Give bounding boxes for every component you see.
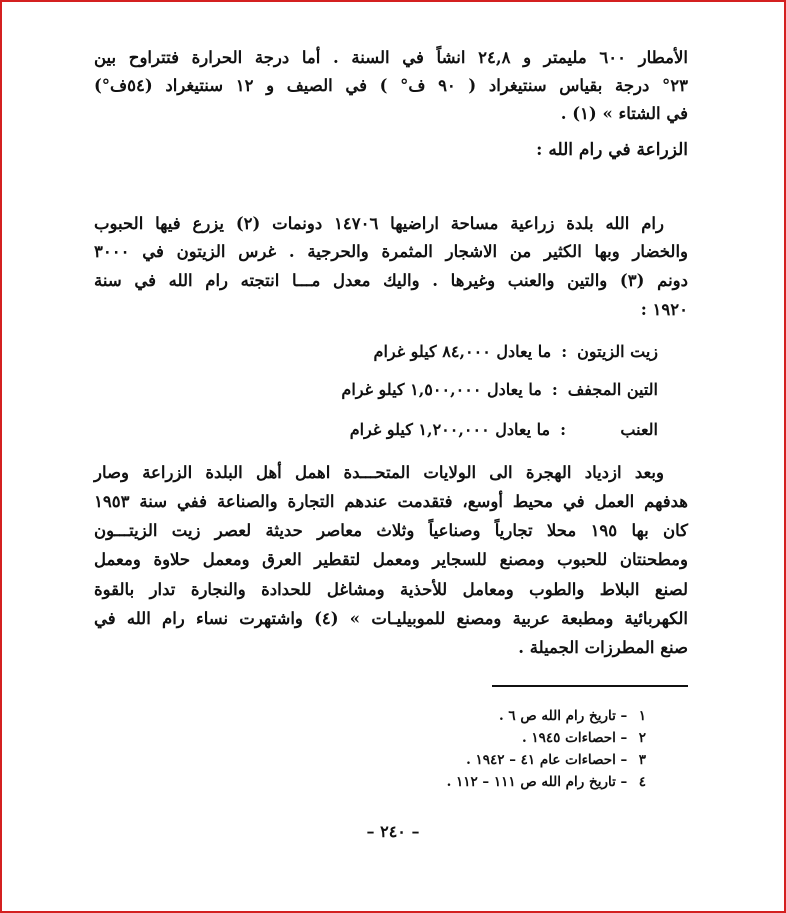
document-page: الأمطار ٦٠٠ مليمتر و ٢٤,٨ انشاً في السنة… [0, 0, 786, 913]
product-value: ما يعادل ١,٥٠٠,٠٠٠ كيلو غرام [341, 380, 541, 399]
product-separator: : [552, 380, 558, 399]
paragraph-line: وبعد ازدياد الهجرة الى الولايات المتحـــ… [94, 461, 664, 485]
paragraph-line: ٢٣° درجة بقياس سنتيغراد ( ٩٠ ف° ) في الص… [94, 74, 688, 98]
paragraph-line: في الشتاء » (١) . [94, 102, 688, 126]
paragraph-line: الأمطار ٦٠٠ مليمتر و ٢٤,٨ انشاً في السنة… [94, 46, 688, 70]
footnote: ٢ – احصاءات ١٩٤٥ . [522, 730, 646, 746]
production-row: زيت الزيتون : ما يعادل ٨٤,٠٠٠ كيلو غرام [374, 342, 658, 361]
footnote-number: ٤ [632, 774, 646, 790]
product-name: زيت الزيتون [577, 342, 658, 361]
paragraph-line: لصنع البلاط والطوب ومعامل للأحذية ومشاغل… [94, 578, 688, 602]
paragraph-line: دونم (٣) والتين والعنب وغيرها . واليك مع… [94, 269, 688, 293]
footnote-text: – تاريخ رام الله ص ١١١ – ١١٢ . [447, 774, 628, 790]
paragraph-line: والخضار وبها الكثير من الاشجار المثمرة و… [94, 240, 688, 264]
footnote-text: – احصاءات ١٩٤٥ . [522, 730, 627, 746]
footnote-divider [492, 685, 688, 687]
product-name: التين المجفف [568, 380, 658, 399]
paragraph-line: صنع المطرزات الجميلة . [94, 636, 688, 660]
paragraph-line: كان بها ١٩٥ محلا تجارياً وصناعياً وثلاث … [94, 519, 688, 543]
footnote-text: – احصاءات عام ٤١ – ١٩٤٢ . [466, 752, 627, 768]
production-row: العنب : ما يعادل ١,٢٠٠,٠٠٠ كيلو غرام [350, 420, 658, 439]
footnote: ١ – تاريخ رام الله ص ٦ . [499, 708, 646, 724]
paragraph-line: هدفهم العمل في محيط أوسع، فتقدمت عندهم ا… [94, 490, 688, 514]
paragraph-line: الكهربائية ومطبعة عربية ومصنع للموبيليـا… [94, 607, 688, 631]
footnote-number: ٣ [632, 752, 646, 768]
paragraph-line: ١٩٢٠ : [94, 298, 688, 322]
product-separator: : [561, 342, 567, 361]
product-value: ما يعادل ١,٢٠٠,٠٠٠ كيلو غرام [350, 420, 550, 439]
production-row: التين المجفف : ما يعادل ١,٥٠٠,٠٠٠ كيلو غ… [341, 380, 658, 399]
footnote: ٤ – تاريخ رام الله ص ١١١ – ١١٢ . [447, 774, 646, 790]
footnote-text: – تاريخ رام الله ص ٦ . [499, 708, 627, 724]
product-separator: : [560, 420, 566, 439]
footnote-number: ١ [632, 708, 646, 724]
page-number: – ٢٤٠ – [2, 822, 784, 841]
product-value: ما يعادل ٨٤,٠٠٠ كيلو غرام [374, 342, 552, 361]
section-heading: الزراعة في رام الله : [536, 140, 688, 160]
paragraph-line: رام الله بلدة زراعية مساحة اراضيها ١٤٧٠٦… [94, 212, 664, 236]
footnote: ٣ – احصاءات عام ٤١ – ١٩٤٢ . [466, 752, 646, 768]
product-name: العنب [576, 420, 658, 439]
paragraph-line: ومطحنتان للحبوب ومصنع للسجاير ومعمل لتقط… [94, 548, 688, 572]
footnote-number: ٢ [632, 730, 646, 746]
